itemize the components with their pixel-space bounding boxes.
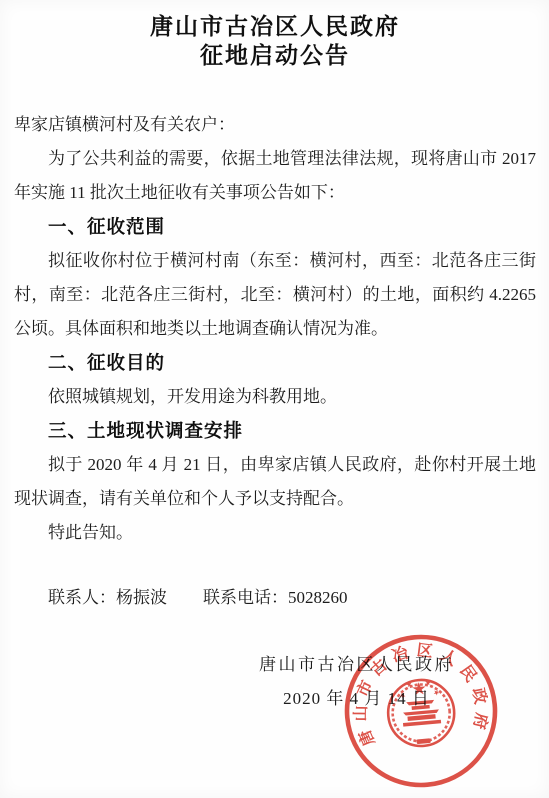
- signature-date: 2020 年 4 月 14 日: [259, 682, 454, 716]
- contact-person-name: 杨振波: [116, 588, 167, 607]
- emblem-gear: [416, 738, 430, 744]
- announcement-page: 唐山市古冶区人民政府 征地启动公告 卑家店镇横河村及有关农户： 为了公共利益的需…: [0, 0, 549, 798]
- title-line-2: 征地启动公告: [200, 43, 350, 68]
- title-line-1: 唐山市古冶区人民政府: [150, 14, 400, 39]
- signature-block: 唐山市古冶区人民政府 2020 年 4 月 14 日: [259, 648, 454, 716]
- section-1-heading: 一、征收范围: [14, 210, 536, 244]
- contact-phone-label: 联系电话：: [203, 588, 288, 607]
- signature-issuer: 唐山市古冶区人民政府: [259, 648, 454, 682]
- section-2-heading: 二、征收目的: [14, 346, 536, 380]
- contact-person-label: 联系人：: [48, 588, 116, 607]
- intro-paragraph: 为了公共利益的需要，依据土地管理法律法规，现将唐山市 2017 年实施 11 批…: [14, 142, 536, 210]
- salutation: 卑家店镇横河村及有关农户：: [14, 108, 536, 142]
- document-content: 唐山市古冶区人民政府 征地启动公告 卑家店镇横河村及有关农户： 为了公共利益的需…: [0, 12, 549, 716]
- section-3-heading: 三、土地现状调查安排: [14, 414, 536, 448]
- section-1-body: 拟征收你村位于横河村南（东至：横河村，西至：北范各庄三街村，南至：北范各庄三街村…: [14, 244, 536, 346]
- closing-note: 特此告知。: [14, 516, 536, 550]
- contact-phone-number: 5028260: [288, 588, 348, 607]
- page-title: 唐山市古冶区人民政府 征地启动公告: [14, 12, 536, 70]
- contact-line: 联系人：杨振波联系电话：5028260: [14, 581, 536, 615]
- document-body: 卑家店镇横河村及有关农户： 为了公共利益的需要，依据土地管理法律法规，现将唐山市…: [14, 108, 536, 716]
- section-2-body: 依照城镇规划，开发用途为科教用地。: [14, 380, 536, 414]
- section-3-body: 拟于 2020 年 4 月 21 日，由卑家店镇人民政府，赴你村开展土地现状调查…: [14, 448, 536, 516]
